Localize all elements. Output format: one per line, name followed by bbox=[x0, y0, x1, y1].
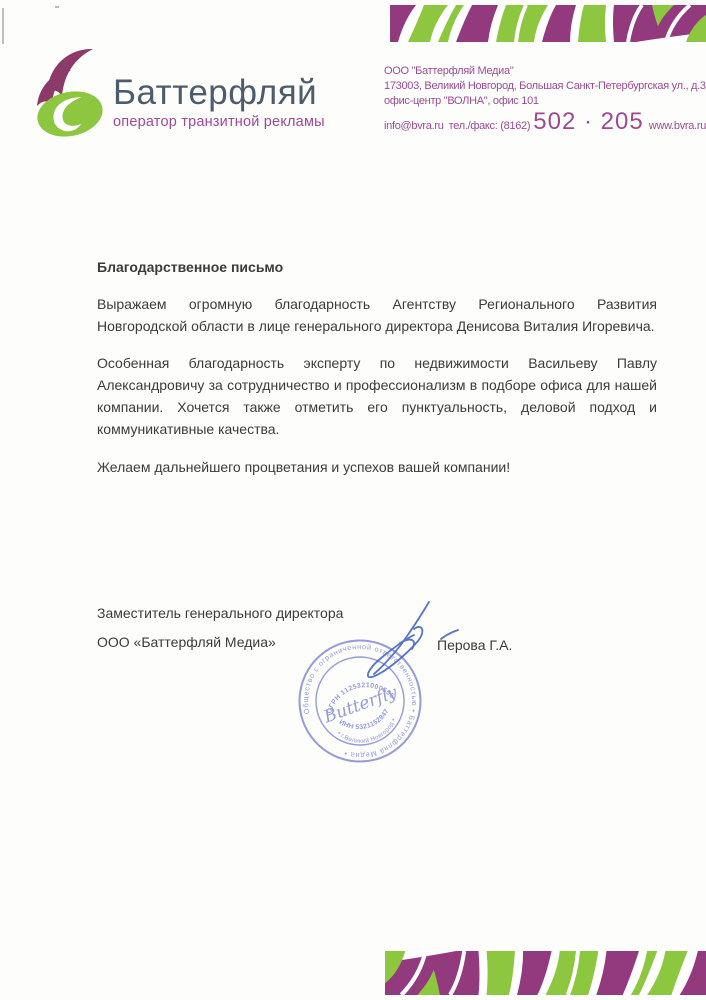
decorative-band-bottom bbox=[385, 951, 706, 995]
contact-phone-number: 502 · 205 bbox=[533, 110, 643, 134]
contact-row: info@bvra.ru тел./факс: (8162) 502 · 205… bbox=[384, 110, 706, 134]
letter-paragraph-2: Особенная благодарность эксперту по недв… bbox=[97, 352, 657, 440]
letter-paragraph-3: Желаем дальнейшего процветания и успехов… bbox=[97, 456, 657, 478]
letter-body: Благодарственное письмо Выражаем огромну… bbox=[97, 256, 657, 478]
contact-website: www.bvra.ru bbox=[649, 119, 706, 134]
header-contact-block: ООО "Баттерфляй Медиа" 173003, Великий Н… bbox=[384, 64, 706, 134]
butterfly-logo-icon bbox=[33, 42, 107, 138]
logo-name: Баттерфляй bbox=[113, 74, 325, 112]
contact-address-line2: офис-центр "ВОЛНА", офис 101 bbox=[384, 94, 706, 109]
signatory-name: Перова Г.А. bbox=[437, 637, 512, 653]
contact-company: ООО "Баттерфляй Медиа" bbox=[384, 64, 706, 79]
letter-page: Баттерфляй оператор транзитной рекламы О… bbox=[0, 0, 706, 1000]
decorative-band-top bbox=[390, 5, 706, 42]
letter-paragraph-1: Выражаем огромную благодарность Агентств… bbox=[97, 293, 657, 337]
contact-email: info@bvra.ru bbox=[384, 119, 444, 134]
contact-address-line1: 173003, Великий Новгород, Большая Санкт-… bbox=[384, 79, 706, 94]
logo: Баттерфляй оператор транзитной рекламы bbox=[33, 42, 325, 138]
scan-edge-artifact bbox=[2, 8, 4, 44]
signature-position: Заместитель генерального директора bbox=[97, 605, 343, 621]
scan-speck-artifact bbox=[55, 6, 59, 8]
contact-phone-label: тел./факс: (8162) bbox=[449, 119, 531, 134]
letter-title: Благодарственное письмо bbox=[97, 256, 657, 278]
logo-tagline: оператор транзитной рекламы bbox=[113, 114, 325, 130]
